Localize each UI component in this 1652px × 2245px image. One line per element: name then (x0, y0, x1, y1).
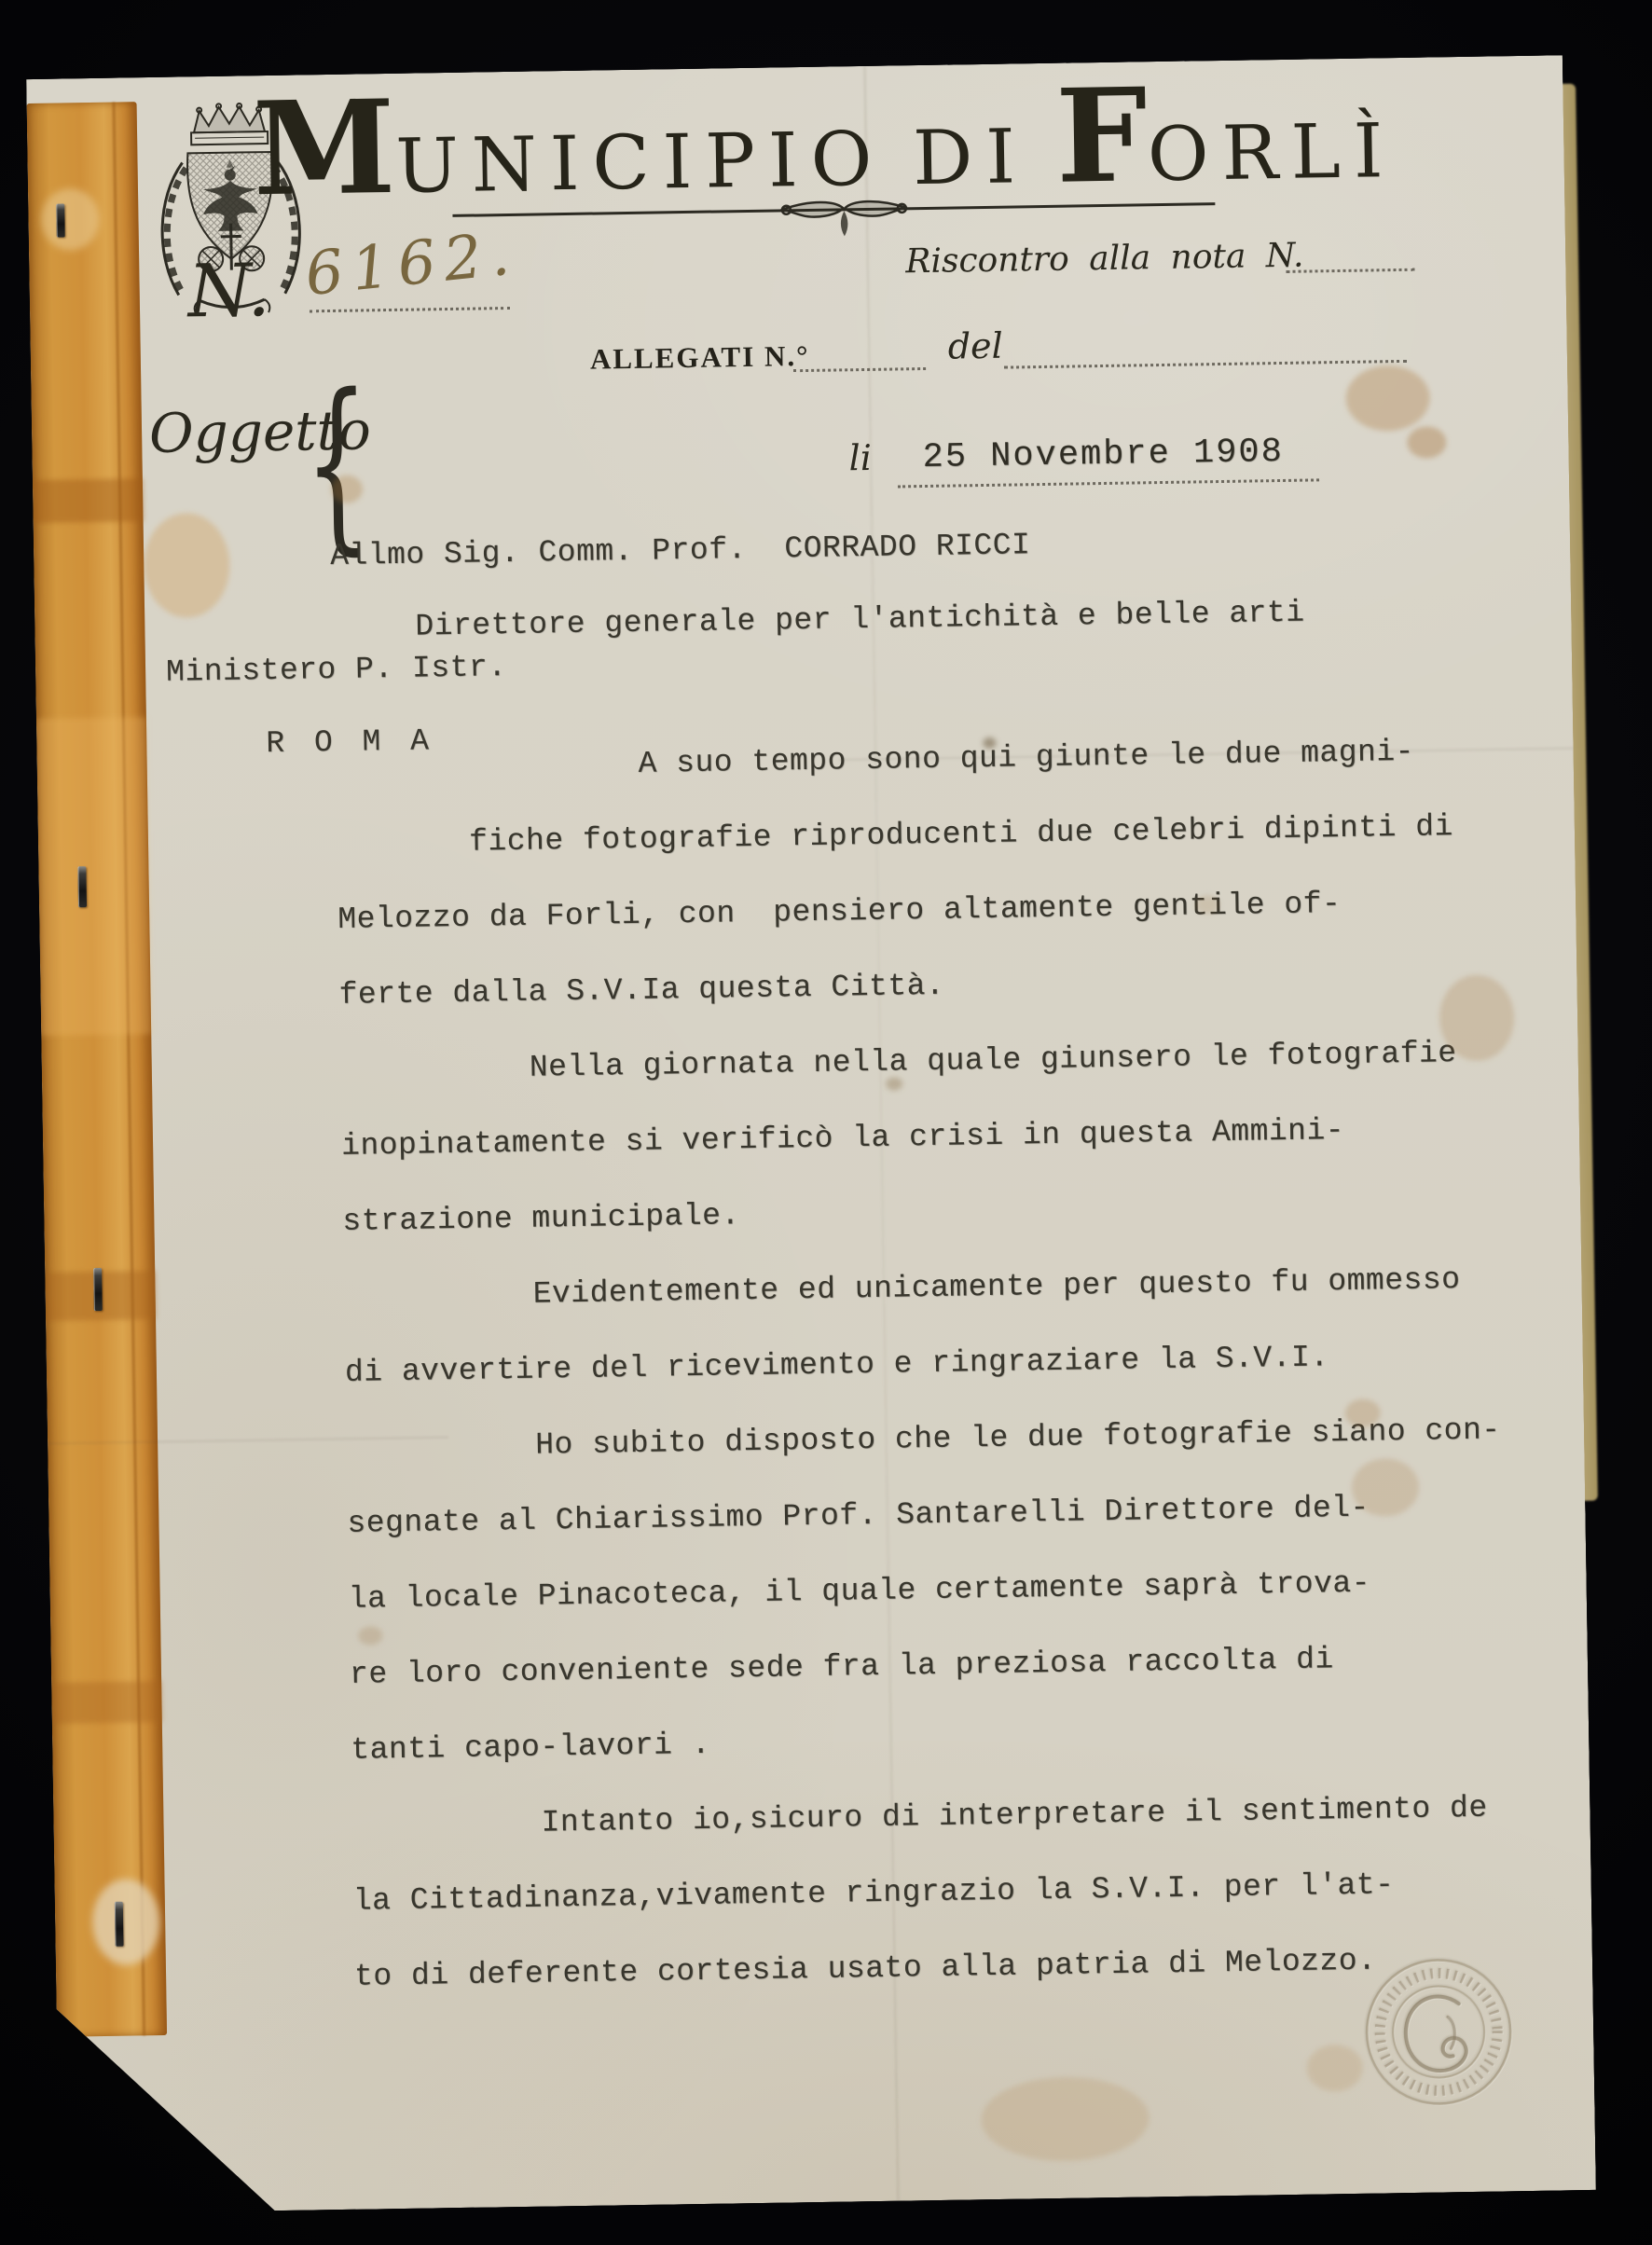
tape-seam (113, 103, 146, 2036)
typed-line: strazione municipale. (342, 1198, 740, 1239)
staple-icon (56, 203, 65, 237)
staple-icon (115, 1902, 124, 1947)
tape-highlight (36, 717, 151, 1036)
typed-line: Melozzo da Forli, con pensiero altamente… (337, 887, 1342, 937)
staple-icon (77, 866, 87, 907)
protocol-number-label: N. (187, 249, 270, 334)
typed-line: ferte dalla S.V.Ia questa Città. (338, 969, 944, 1012)
stain (143, 513, 230, 618)
typed-line: di avvertire del ricevimento e ringrazia… (345, 1340, 1329, 1390)
embossed-seal-icon (1357, 1950, 1521, 2114)
letter-paper: MUNICIPIODIFORLÌ N. 6162. Riscontro alla… (26, 55, 1596, 2214)
adhesive-binding-tape-icon (27, 102, 168, 2037)
typed-line: inopinatamente si verificò la crisi in q… (341, 1113, 1345, 1164)
typed-line: fiche fotografie riproducenti due celebr… (337, 809, 1453, 861)
typed-line: Ho subito disposto che le due fotografie… (346, 1412, 1501, 1465)
typed-line: segnate al Chiarissimo Prof. Santarelli … (347, 1491, 1370, 1541)
typed-line: to di deferente cortesia usato alla patr… (354, 1944, 1377, 1994)
typed-line: la locale Pinacoteca, il quale certament… (348, 1566, 1370, 1617)
typed-line: la Cittadinanza,vivamente ringrazio la S… (353, 1867, 1395, 1919)
typed-line: tanti capo-lavori . (351, 1728, 710, 1768)
staple-icon (93, 1268, 103, 1311)
typed-line: re loro conveniente sede fra la preziosa… (350, 1642, 1334, 1692)
typed-line: A suo tempo sono qui giunte le due magni… (335, 735, 1414, 786)
typed-line: Evidentemente ed unicamente per questo f… (343, 1262, 1460, 1315)
typed-line: Intanto io,sicuro di interpretare il sen… (351, 1791, 1488, 1843)
photo-background: MUNICIPIODIFORLÌ N. 6162. Riscontro alla… (0, 0, 1652, 2245)
tape-stain (51, 1681, 162, 1724)
tape-stain (33, 478, 144, 523)
